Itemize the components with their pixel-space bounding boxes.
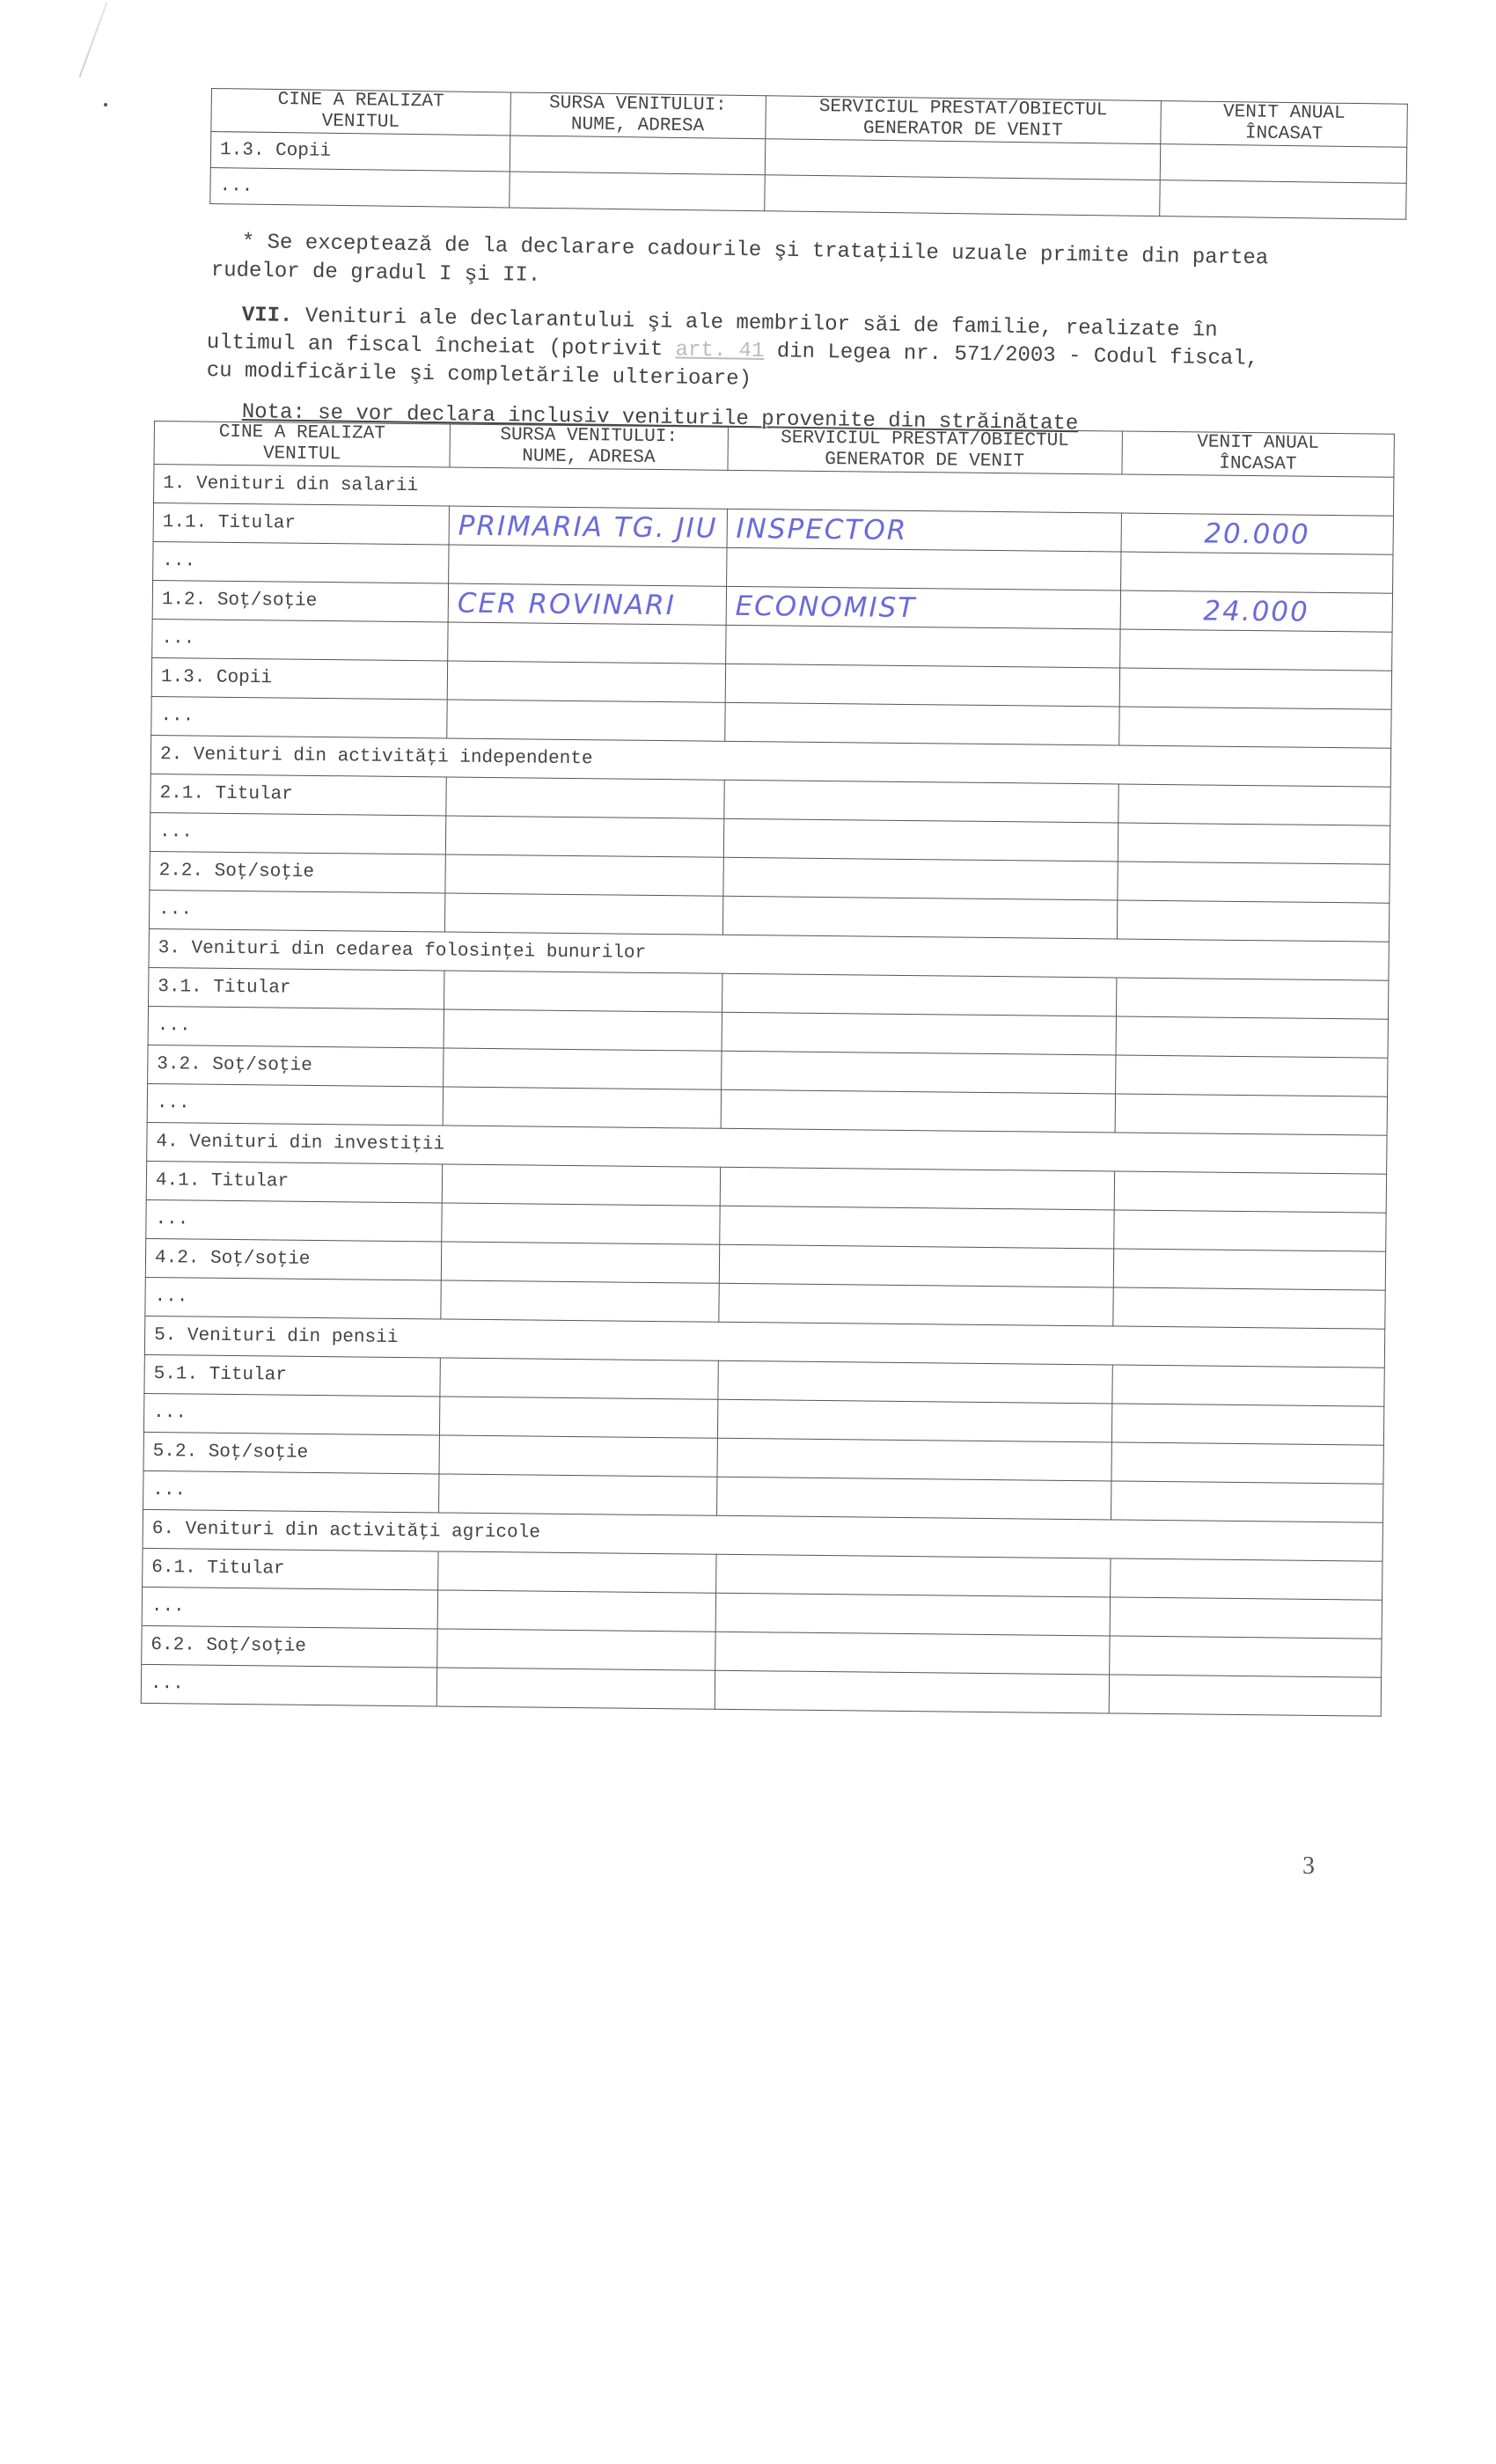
service-cell: [717, 1438, 1111, 1481]
row-label: ...: [146, 1199, 442, 1242]
row-label: ...: [142, 1587, 437, 1629]
annual-income-cell: [1118, 823, 1390, 864]
income-source-cell: [444, 971, 722, 1012]
header-who: CINE A REALIZATVENITUL: [211, 89, 510, 136]
annual-income-cell: [1110, 1597, 1382, 1639]
scan-dot: [104, 103, 107, 106]
service-cell: [719, 1244, 1113, 1287]
annual-income-cell: [1113, 1249, 1386, 1290]
annual-income-cell: 24.000: [1120, 590, 1393, 632]
income-source-cell: PRIMARIA TG. JIU: [449, 506, 727, 547]
annual-income-cell: [1120, 552, 1393, 593]
income-source-cell: [445, 816, 723, 857]
service-cell: [719, 1283, 1113, 1326]
service-cell: [725, 625, 1119, 668]
service-cell: [721, 1051, 1115, 1094]
row-label: 1.3. Copii: [151, 657, 447, 700]
service-cell: [722, 973, 1116, 1016]
row-label: ...: [147, 1083, 443, 1126]
annual-income-cell: [1111, 1442, 1384, 1484]
header-who: CINE A REALIZATVENITUL: [154, 422, 451, 468]
section-vii-line-3: cu modificările şi completările ulterioa…: [207, 359, 752, 392]
row-label: 4.2. Soţ/soţie: [145, 1238, 441, 1280]
income-source-cell: CER ROVINARI: [448, 583, 726, 625]
income-source-cell: [437, 1629, 715, 1670]
income-source-cell: [509, 172, 764, 211]
income-source-cell: [438, 1551, 716, 1593]
income-source-cell: [446, 777, 724, 818]
row-label: ...: [141, 1664, 436, 1706]
income-table: CINE A REALIZATVENITUL SURSA VENITULUI:N…: [141, 421, 1395, 1717]
row-label: 5.1. Titular: [144, 1354, 440, 1397]
row-label: ...: [145, 1277, 441, 1319]
service-cell: [724, 702, 1118, 745]
service-cell: [716, 1477, 1111, 1520]
income-source-cell: [444, 1048, 722, 1089]
service-cell: [764, 175, 1160, 216]
income-source-cell: [445, 854, 723, 896]
row-label: ...: [153, 541, 449, 583]
service-cell: [719, 1206, 1113, 1249]
income-source-cell: [449, 545, 727, 586]
service-cell: [715, 1670, 1109, 1713]
service-cell: ECONOMIST: [726, 586, 1120, 629]
service-cell: [723, 818, 1118, 862]
annual-income-cell: [1111, 1481, 1383, 1522]
service-cell: [717, 1399, 1111, 1442]
row-label: ...: [149, 890, 444, 932]
document-page: CINE A REALIZATVENITUL SURSA VENITULUI:N…: [0, 0, 1496, 2464]
header-service: SERVICIUL PRESTAT/OBIECTULGENERATOR DE V…: [765, 96, 1161, 144]
income-source-cell: [439, 1474, 717, 1515]
income-source-cell: [436, 1668, 715, 1709]
income-source-cell: [439, 1435, 717, 1477]
annual-income-cell: [1118, 707, 1391, 748]
row-label: ...: [143, 1393, 439, 1435]
page-number: 3: [1302, 1852, 1315, 1881]
row-label: 6.1. Titular: [143, 1548, 438, 1590]
annual-income-cell: [1113, 1210, 1386, 1251]
header-amount: VENIT ANUALÎNCASAT: [1161, 101, 1407, 148]
income-source-cell: [444, 893, 722, 935]
row-label: ...: [152, 619, 448, 661]
row-label: 1.2. Soţ/soţie: [152, 580, 448, 622]
row-label: 1.3. Copii: [210, 132, 510, 172]
income-source-cell: [447, 661, 725, 702]
service-cell: [715, 1593, 1110, 1636]
service-cell: [722, 1012, 1116, 1055]
income-table-continuation: CINE A REALIZATVENITUL SURSA VENITULUI:N…: [209, 88, 1408, 220]
annual-income-cell: [1115, 1055, 1388, 1096]
row-label: ...: [210, 167, 510, 207]
annual-income-cell: [1160, 144, 1406, 184]
annual-income-cell: [1115, 1094, 1388, 1135]
annual-income-cell: [1117, 900, 1390, 942]
service-cell: [715, 1632, 1109, 1675]
income-source-cell: [510, 136, 765, 175]
annual-income-cell: [1116, 978, 1389, 1019]
row-label: 3.2. Soţ/soţie: [148, 1045, 444, 1087]
annual-income-cell: [1119, 629, 1392, 671]
annual-income-cell: [1109, 1636, 1382, 1677]
annual-income-cell: [1160, 180, 1406, 220]
annual-income-cell: [1119, 668, 1392, 709]
annual-income-cell: [1112, 1287, 1385, 1329]
service-cell: [715, 1554, 1110, 1597]
row-label: 4.1. Titular: [146, 1161, 442, 1203]
income-source-cell: [437, 1590, 715, 1632]
service-cell: [723, 857, 1118, 900]
footnote-line-2: rudelor de gradul I şi II.: [211, 259, 541, 288]
service-cell: [724, 780, 1118, 823]
annual-income-cell: [1118, 862, 1390, 903]
header-source: SURSA VENITULUI:NUME, ADRESA: [510, 92, 766, 139]
service-cell: [726, 547, 1120, 590]
annual-income-cell: [1116, 1016, 1389, 1058]
row-label: 2.1. Titular: [150, 774, 446, 816]
service-cell: [722, 896, 1117, 939]
header-source: SURSA VENITULUI:NUME, ADRESA: [450, 424, 728, 470]
row-label: ...: [150, 812, 445, 854]
row-label: 2.2. Soţ/soţie: [150, 851, 445, 893]
row-label: ...: [151, 696, 447, 738]
header-service: SERVICIUL PRESTAT/OBIECTULGENERATOR DE V…: [728, 427, 1122, 474]
income-source-cell: [440, 1358, 718, 1399]
income-source-cell: [442, 1203, 720, 1244]
annual-income-cell: [1110, 1558, 1382, 1600]
annual-income-cell: [1109, 1675, 1382, 1716]
income-source-cell: [444, 1009, 722, 1051]
service-cell: [725, 664, 1119, 707]
row-label: ...: [148, 1006, 444, 1048]
row-label: ...: [143, 1470, 439, 1513]
income-source-cell: [443, 1087, 721, 1128]
service-cell: [720, 1167, 1114, 1210]
income-source-cell: [447, 700, 725, 741]
law-article-link[interactable]: art. 41: [675, 338, 764, 363]
income-source-cell: [441, 1242, 719, 1283]
row-label: 5.2. Soţ/soţie: [143, 1432, 439, 1474]
service-cell: INSPECTOR: [727, 509, 1121, 552]
annual-income-cell: [1112, 1365, 1385, 1406]
income-source-cell: [441, 1280, 719, 1322]
income-source-cell: [439, 1397, 717, 1438]
annual-income-cell: [1118, 784, 1390, 825]
row-label: 1.1. Titular: [153, 503, 449, 546]
annual-income-cell: 20.000: [1121, 513, 1394, 554]
income-source-cell: [442, 1164, 720, 1206]
service-cell: [721, 1089, 1115, 1133]
service-cell: [765, 139, 1161, 180]
scan-artifact: [79, 2, 108, 77]
annual-income-cell: [1111, 1404, 1384, 1445]
annual-income-cell: [1114, 1171, 1387, 1213]
header-amount: VENIT ANUALÎNCASAT: [1122, 431, 1395, 477]
row-label: 3.1. Titular: [149, 967, 444, 1009]
service-cell: [718, 1360, 1112, 1404]
income-source-cell: [448, 622, 726, 664]
row-label: 6.2. Soţ/soţie: [142, 1625, 437, 1668]
